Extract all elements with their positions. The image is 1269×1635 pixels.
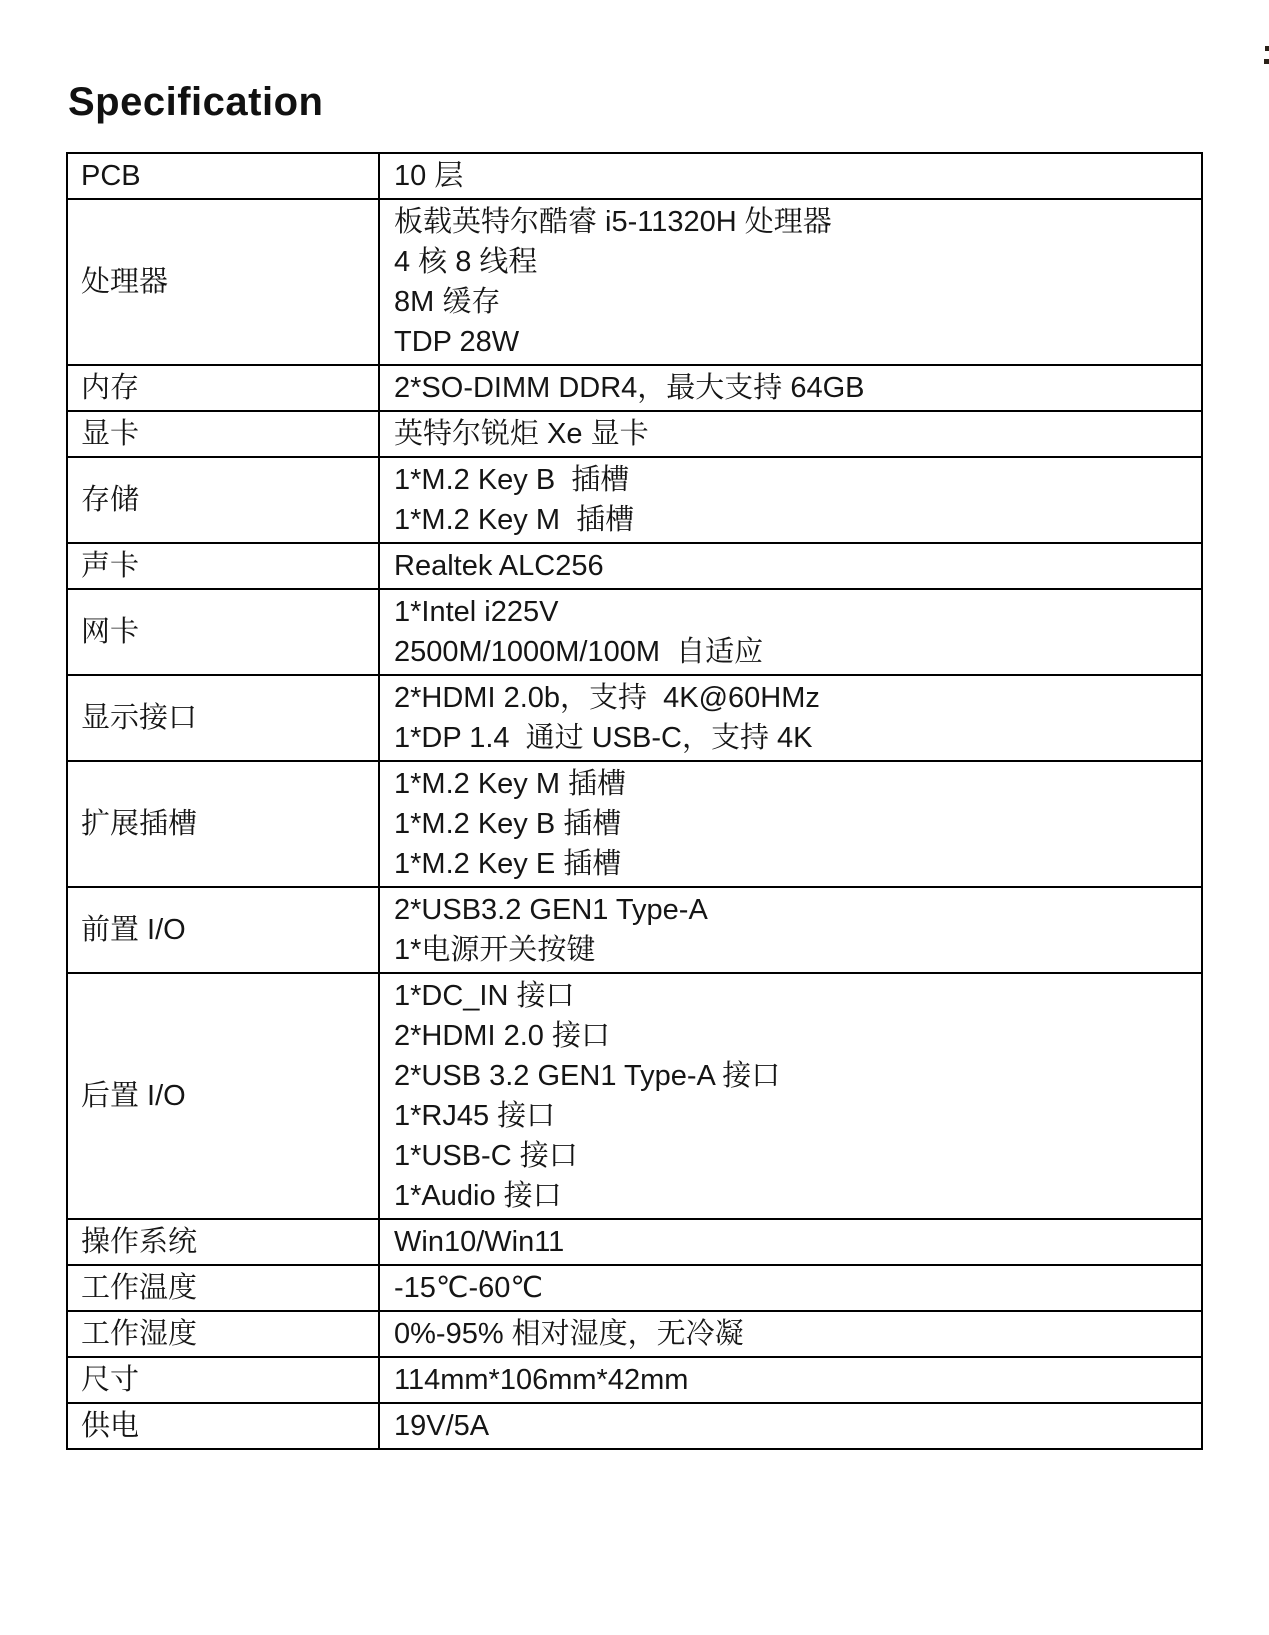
spec-value-line: 板载英特尔酷睿 i5-11320H 处理器 <box>394 202 1193 242</box>
spec-value-cell: 19V/5A <box>379 1403 1202 1449</box>
table-row: 工作湿度 0%-95% 相对湿度，无冷凝 <box>67 1311 1202 1357</box>
spec-label: 存储 <box>67 457 379 543</box>
spec-value-line: -15℃-60℃ <box>394 1268 1193 1308</box>
spec-value-line: 2*SO-DIMM DDR4，最大支持 64GB <box>394 368 1193 408</box>
spec-value-line: 2*HDMI 2.0b，支持 4K@60HMz <box>394 678 1193 718</box>
spec-value-line: 1*DP 1.4 通过 USB-C，支持 4K <box>394 718 1193 758</box>
table-row: 处理器 板载英特尔酷睿 i5-11320H 处理器4 核 8 线程8M 缓存TD… <box>67 199 1202 365</box>
spec-value-line: 2*HDMI 2.0 接口 <box>394 1016 1193 1056</box>
spec-value-line: Win10/Win11 <box>394 1222 1193 1262</box>
spec-label: 后置 I/O <box>67 973 379 1219</box>
spec-table-body: PCB 10 层 处理器 板载英特尔酷睿 i5-11320H 处理器4 核 8 … <box>67 153 1202 1449</box>
spec-value-line: 8M 缓存 <box>394 282 1193 322</box>
spec-value-line: 1*RJ45 接口 <box>394 1096 1193 1136</box>
spec-value-line: 10 层 <box>394 156 1193 196</box>
spec-value-cell: 2*SO-DIMM DDR4，最大支持 64GB <box>379 365 1202 411</box>
spec-value-line: 1*USB-C 接口 <box>394 1136 1193 1176</box>
spec-value-cell: 1*M.2 Key M 插槽1*M.2 Key B 插槽1*M.2 Key E … <box>379 761 1202 887</box>
spec-value-cell: 2*USB3.2 GEN1 Type-A1*电源开关按键 <box>379 887 1202 973</box>
spec-value-line: 1*Intel i225V <box>394 592 1193 632</box>
spec-value-cell: Realtek ALC256 <box>379 543 1202 589</box>
spec-value-line: 1*M.2 Key B 插槽 <box>394 804 1193 844</box>
spec-label: 声卡 <box>67 543 379 589</box>
table-row: 网卡 1*Intel i225V2500M/1000M/100M 自适应 <box>67 589 1202 675</box>
spec-value-cell: Win10/Win11 <box>379 1219 1202 1265</box>
spec-value-line: 114mm*106mm*42mm <box>394 1360 1193 1400</box>
spec-value-line: 英特尔锐炬 Xe 显卡 <box>394 414 1193 454</box>
table-row: 尺寸 114mm*106mm*42mm <box>67 1357 1202 1403</box>
spec-label: 扩展插槽 <box>67 761 379 887</box>
table-row: 供电 19V/5A <box>67 1403 1202 1449</box>
spec-value-line: 4 核 8 线程 <box>394 242 1193 282</box>
spec-label: 操作系统 <box>67 1219 379 1265</box>
page-title: Specification <box>68 80 323 125</box>
spec-label: 网卡 <box>67 589 379 675</box>
spec-label: 尺寸 <box>67 1357 379 1403</box>
spec-table: PCB 10 层 处理器 板载英特尔酷睿 i5-11320H 处理器4 核 8 … <box>66 152 1203 1450</box>
table-row: 声卡 Realtek ALC256 <box>67 543 1202 589</box>
spec-value-line: 2*USB 3.2 GEN1 Type-A 接口 <box>394 1056 1193 1096</box>
table-row: 扩展插槽 1*M.2 Key M 插槽1*M.2 Key B 插槽1*M.2 K… <box>67 761 1202 887</box>
table-row: 存储 1*M.2 Key B 插槽1*M.2 Key M 插槽 <box>67 457 1202 543</box>
spec-value-line: 1*M.2 Key M 插槽 <box>394 764 1193 804</box>
spec-value-line: 2*USB3.2 GEN1 Type-A <box>394 890 1193 930</box>
spec-label: PCB <box>67 153 379 199</box>
spec-label: 处理器 <box>67 199 379 365</box>
spec-value-line: 1*DC_IN 接口 <box>394 976 1193 1016</box>
spec-value-cell: 1*DC_IN 接口2*HDMI 2.0 接口2*USB 3.2 GEN1 Ty… <box>379 973 1202 1219</box>
table-row: PCB 10 层 <box>67 153 1202 199</box>
spec-label: 供电 <box>67 1403 379 1449</box>
spec-value-line: 1*M.2 Key M 插槽 <box>394 500 1193 540</box>
spec-label: 显示接口 <box>67 675 379 761</box>
table-row: 显示接口 2*HDMI 2.0b，支持 4K@60HMz1*DP 1.4 通过 … <box>67 675 1202 761</box>
spec-label: 前置 I/O <box>67 887 379 973</box>
spec-value-line: 1*M.2 Key B 插槽 <box>394 460 1193 500</box>
spec-value-cell: 1*M.2 Key B 插槽1*M.2 Key M 插槽 <box>379 457 1202 543</box>
table-row: 内存 2*SO-DIMM DDR4，最大支持 64GB <box>67 365 1202 411</box>
spec-value-line: 0%-95% 相对湿度，无冷凝 <box>394 1314 1193 1354</box>
spec-value-cell: 英特尔锐炬 Xe 显卡 <box>379 411 1202 457</box>
table-row: 操作系统 Win10/Win11 <box>67 1219 1202 1265</box>
spec-value-cell: 10 层 <box>379 153 1202 199</box>
table-row: 前置 I/O 2*USB3.2 GEN1 Type-A1*电源开关按键 <box>67 887 1202 973</box>
spec-label: 工作湿度 <box>67 1311 379 1357</box>
spec-value-cell: 2*HDMI 2.0b，支持 4K@60HMz1*DP 1.4 通过 USB-C… <box>379 675 1202 761</box>
spec-value-line: 19V/5A <box>394 1406 1193 1446</box>
table-row: 显卡 英特尔锐炬 Xe 显卡 <box>67 411 1202 457</box>
spec-value-cell: 114mm*106mm*42mm <box>379 1357 1202 1403</box>
table-row: 后置 I/O 1*DC_IN 接口2*HDMI 2.0 接口2*USB 3.2 … <box>67 973 1202 1219</box>
spec-value-line: 1*电源开关按键 <box>394 930 1193 970</box>
spec-value-line: 2500M/1000M/100M 自适应 <box>394 632 1193 672</box>
spec-value-cell: 板载英特尔酷睿 i5-11320H 处理器4 核 8 线程8M 缓存TDP 28… <box>379 199 1202 365</box>
spec-label: 工作温度 <box>67 1265 379 1311</box>
document-page: Specification PCB 10 层 处理器 板载英特尔酷睿 i5-11… <box>0 0 1269 1635</box>
spec-value-cell: 0%-95% 相对湿度，无冷凝 <box>379 1311 1202 1357</box>
spec-label: 显卡 <box>67 411 379 457</box>
spec-value-line: TDP 28W <box>394 322 1193 362</box>
table-row: 工作温度 -15℃-60℃ <box>67 1265 1202 1311</box>
spec-value-cell: -15℃-60℃ <box>379 1265 1202 1311</box>
spec-label: 内存 <box>67 365 379 411</box>
spec-value-cell: 1*Intel i225V2500M/1000M/100M 自适应 <box>379 589 1202 675</box>
page-edge-artifact <box>1263 44 1269 68</box>
spec-value-line: 1*M.2 Key E 插槽 <box>394 844 1193 884</box>
spec-value-line: Realtek ALC256 <box>394 546 1193 586</box>
spec-value-line: 1*Audio 接口 <box>394 1176 1193 1216</box>
